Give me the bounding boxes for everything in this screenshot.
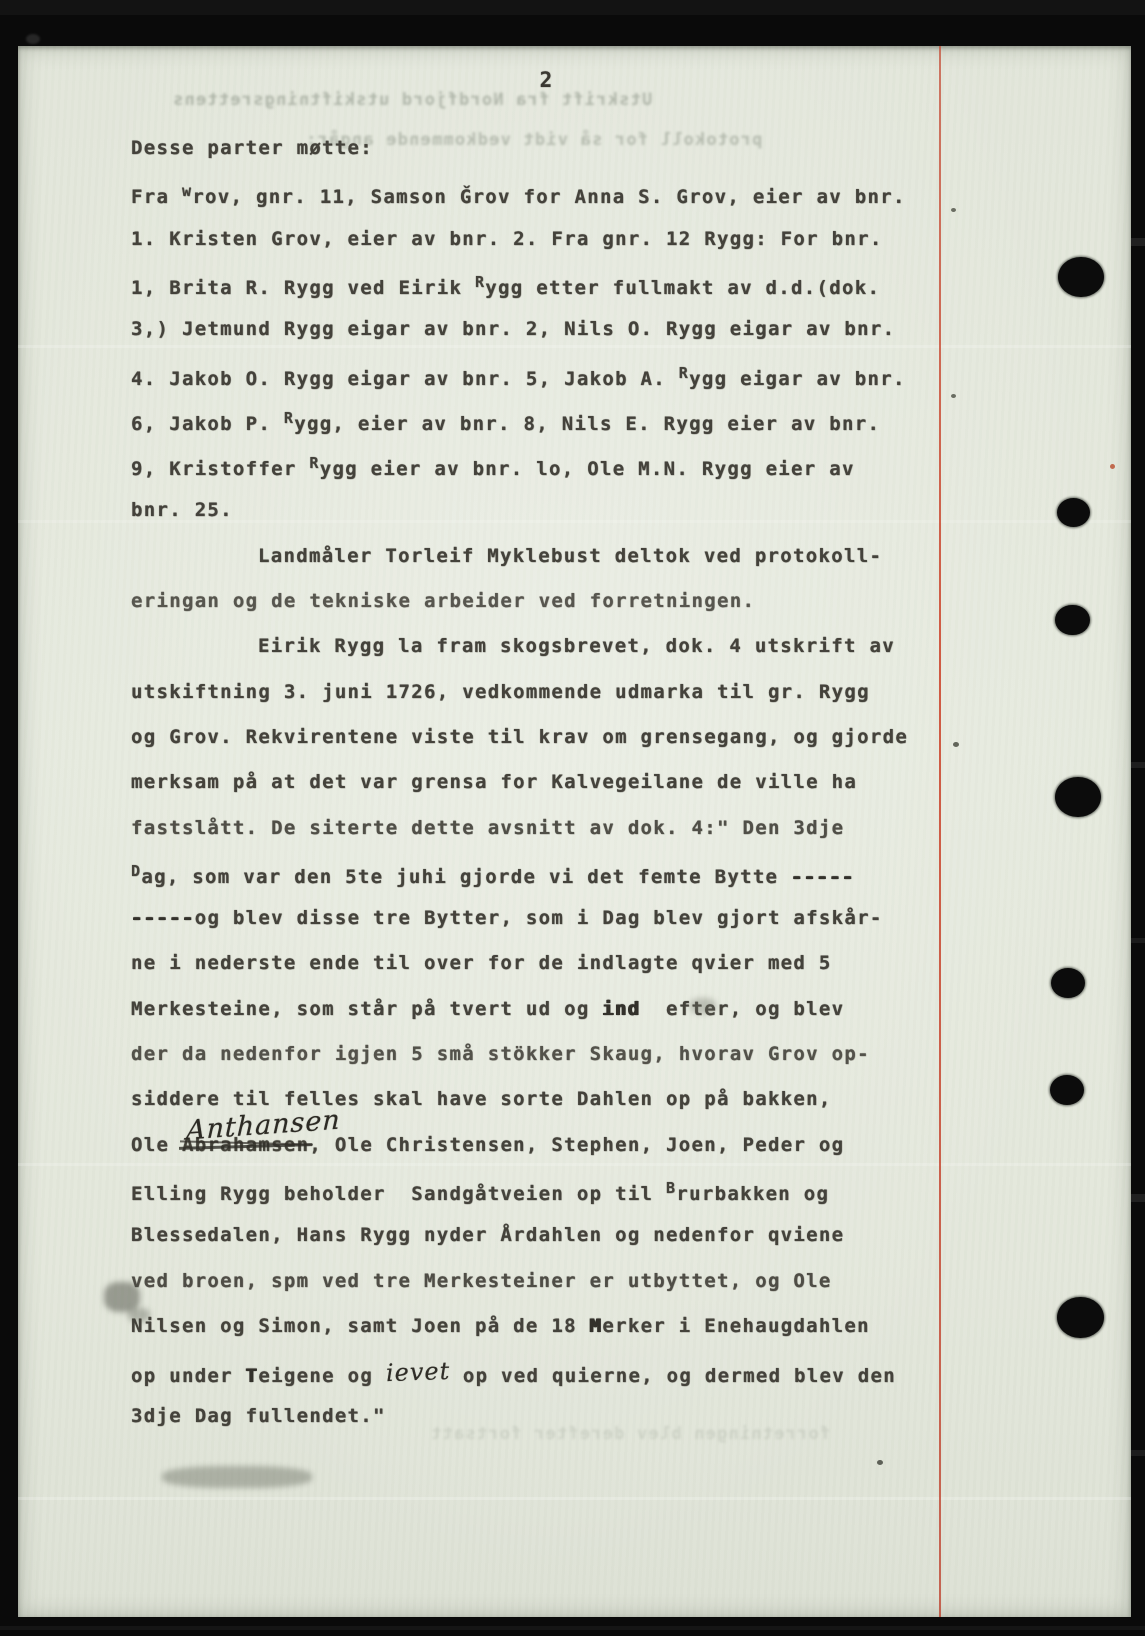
segment-text: der da nedenfor igjen 5 små stökker Skau… xyxy=(131,1043,870,1065)
segment-text: Ole xyxy=(131,1134,182,1156)
segment-text: og blev disse tre Bytter, som i Dag blev… xyxy=(195,907,883,929)
segment-text: Fra xyxy=(131,186,182,208)
segment-text: , Ole Christensen, Stephen, Joen, Peder … xyxy=(309,1134,844,1156)
segment-text: 6, Jakob P. xyxy=(131,413,284,435)
segment-text: Blessedalen, Hans Rygg nyder Årdahlen og… xyxy=(131,1224,844,1246)
segment-text: op under xyxy=(131,1365,246,1387)
segment-sup: B xyxy=(666,1179,676,1197)
typed-line-15: merksam på at det var grensa for Kalvege… xyxy=(131,771,857,793)
segment-text: ne i nederste ende til over for de indla… xyxy=(131,952,832,974)
segment-text: Eirik Rygg la fram skogsbrevet, dok. 4 u… xyxy=(258,635,895,657)
segment-text: Merkesteine, som står på tvert ud og xyxy=(131,998,602,1020)
typed-line-16: fastslått. De siterte dette avsnitt av d… xyxy=(131,817,844,839)
ink-smudge xyxy=(128,1308,150,1322)
typed-line-27: Nilsen og Simon, samt Joen på de 18 Merk… xyxy=(131,1315,870,1337)
punch-hole xyxy=(1050,1075,1084,1105)
segment-overtype: ----- xyxy=(131,907,195,929)
typed-line-20: Merkesteine, som står på tvert ud og ind… xyxy=(131,998,844,1020)
typed-line-8: 9, Kristoffer Rygg eier av bnr. lo, Ole … xyxy=(131,454,855,480)
paper-speck xyxy=(953,742,959,747)
segment-text: ygg eier av bnr. lo, Ole M.N. Rygg eier … xyxy=(320,458,855,480)
segment-text: Desse parter møtte: xyxy=(131,137,373,159)
segment-text: ag, som var den 5te juhi gjorde vi det f… xyxy=(141,866,791,888)
typed-line-19: ne i nederste ende til over for de indla… xyxy=(131,952,832,974)
segment-text: fastslått. De siterte dette avsnitt av d… xyxy=(131,817,844,839)
paper-speck xyxy=(877,1460,883,1465)
segment-sup: R xyxy=(475,273,485,291)
segment-text: ygg, eier av bnr. 8, Nils E. Rygg eier a… xyxy=(294,413,880,435)
paper-smudge xyxy=(690,998,716,1014)
segment-text: 1, Brita R. Rygg ved Eirik xyxy=(131,277,475,299)
segment-text: op ved quierne, og dermed blev den xyxy=(450,1365,896,1387)
segment-text: erker i Enehaugdahlen xyxy=(602,1315,870,1337)
typed-line-11: eringan og de tekniske arbeider ved forr… xyxy=(131,590,755,612)
paper-speck xyxy=(951,394,956,398)
segment-sup: R xyxy=(309,454,319,472)
typed-line-9: bnr. 25. xyxy=(131,499,233,521)
faded-stamp-smudge xyxy=(162,1466,312,1488)
segment-sup: R xyxy=(284,409,294,427)
segment-text: siddere til felles skal have sorte Dahle… xyxy=(131,1088,832,1110)
red-ink-dot xyxy=(1110,464,1115,469)
segment-text: 9, Kristoffer xyxy=(131,458,309,480)
typed-line-29: 3dje Dag fullendet." xyxy=(131,1405,386,1427)
segment-text: ygg eigar av bnr. xyxy=(689,368,906,390)
segment-hand: ievet xyxy=(385,1357,450,1387)
segment-overtype: ----- xyxy=(791,866,855,888)
typed-line-28: op under Teigene og ievet op ved quierne… xyxy=(131,1360,896,1388)
segment-text: bnr. 25. xyxy=(131,499,233,521)
paper-speck xyxy=(951,208,956,212)
typed-line-24: Elling Rygg beholder Sandgåtveien op til… xyxy=(131,1179,829,1205)
segment-overtype: ind xyxy=(602,998,640,1020)
typed-line-2: Fra wrov, gnr. 11, Samson Ǧrov for Anna … xyxy=(131,182,906,208)
segment-text: Landmåler Torleif Myklebust deltok ved p… xyxy=(258,545,882,567)
typed-line-7: 6, Jakob P. Rygg, eier av bnr. 8, Nils E… xyxy=(131,409,880,435)
punch-hole xyxy=(1057,498,1090,527)
segment-text: efter, og blev xyxy=(641,998,845,1020)
typed-text-block: Desse parter møtte:Fra wrov, gnr. 11, Sa… xyxy=(0,0,1145,1636)
typed-line-25: Blessedalen, Hans Rygg nyder Årdahlen og… xyxy=(131,1224,844,1246)
segment-sup: w xyxy=(182,182,192,200)
segment-text: ved broen, spm ved tre Merkesteiner er u… xyxy=(131,1270,832,1292)
segment-text: eigene og xyxy=(258,1365,385,1387)
typed-line-26: ved broen, spm ved tre Merkesteiner er u… xyxy=(131,1270,832,1292)
typed-line-1: Desse parter møtte: xyxy=(131,137,373,159)
typed-line-6: 4. Jakob O. Rygg eigar av bnr. 5, Jakob … xyxy=(131,364,906,390)
typed-line-12: Eirik Rygg la fram skogsbrevet, dok. 4 u… xyxy=(258,635,895,657)
segment-text: og Grov. Rekvirentene viste til krav om … xyxy=(131,726,908,748)
segment-text: Elling Rygg beholder Sandgåtveien op til xyxy=(131,1183,666,1205)
segment-text: 3dje Dag fullendet." xyxy=(131,1405,386,1427)
typed-line-5: 3,) Jetmund Rygg eigar av bnr. 2, Nils O… xyxy=(131,318,895,340)
typed-line-21: der da nedenfor igjen 5 små stökker Skau… xyxy=(131,1043,870,1065)
segment-text: ygg etter fullmakt av d.d.(dok. xyxy=(485,277,880,299)
segment-text: 1. Kristen Grov, eier av bnr. 2. Fra gnr… xyxy=(131,228,883,250)
typed-line-4: 1, Brita R. Rygg ved Eirik Rygg etter fu… xyxy=(131,273,880,299)
segment-text: utskiftning 3. juni 1726, vedkommende ud… xyxy=(131,681,870,703)
segment-sup: D xyxy=(131,862,141,880)
segment-text: eringan og de tekniske arbeider ved forr… xyxy=(131,590,755,612)
segment-text: 4. Jakob O. Rygg eigar av bnr. 5, Jakob … xyxy=(131,368,679,390)
segment-overtype: T xyxy=(246,1365,259,1387)
punch-hole xyxy=(1055,605,1090,636)
typed-line-3: 1. Kristen Grov, eier av bnr. 2. Fra gnr… xyxy=(131,228,883,250)
segment-text: rov, gnr. 11, Samson Ǧrov for Anna S. Gr… xyxy=(192,186,905,208)
punch-hole xyxy=(1057,1297,1104,1338)
punch-hole xyxy=(1051,968,1085,998)
typed-line-17: Dag, som var den 5te juhi gjorde vi det … xyxy=(131,862,855,888)
segment-text: merksam på at det var grensa for Kalvege… xyxy=(131,771,857,793)
segment-overtype: M xyxy=(590,1315,603,1337)
scanned-document-page: Utskrift fra Nordfjord utskiftningsrette… xyxy=(0,0,1145,1636)
segment-text: Nilsen og Simon, samt Joen på de 18 xyxy=(131,1315,590,1337)
typed-line-14: og Grov. Rekvirentene viste til krav om … xyxy=(131,726,908,748)
segment-text: rurbakken og xyxy=(676,1183,829,1205)
segment-sup: R xyxy=(679,364,689,382)
typed-line-18: -----og blev disse tre Bytter, som i Dag… xyxy=(131,907,883,929)
typed-line-10: Landmåler Torleif Myklebust deltok ved p… xyxy=(258,545,882,567)
segment-text: 3,) Jetmund Rygg eigar av bnr. 2, Nils O… xyxy=(131,318,895,340)
typed-line-13: utskiftning 3. juni 1726, vedkommende ud… xyxy=(131,681,870,703)
typed-line-22: siddere til felles skal have sorte Dahle… xyxy=(131,1088,832,1110)
